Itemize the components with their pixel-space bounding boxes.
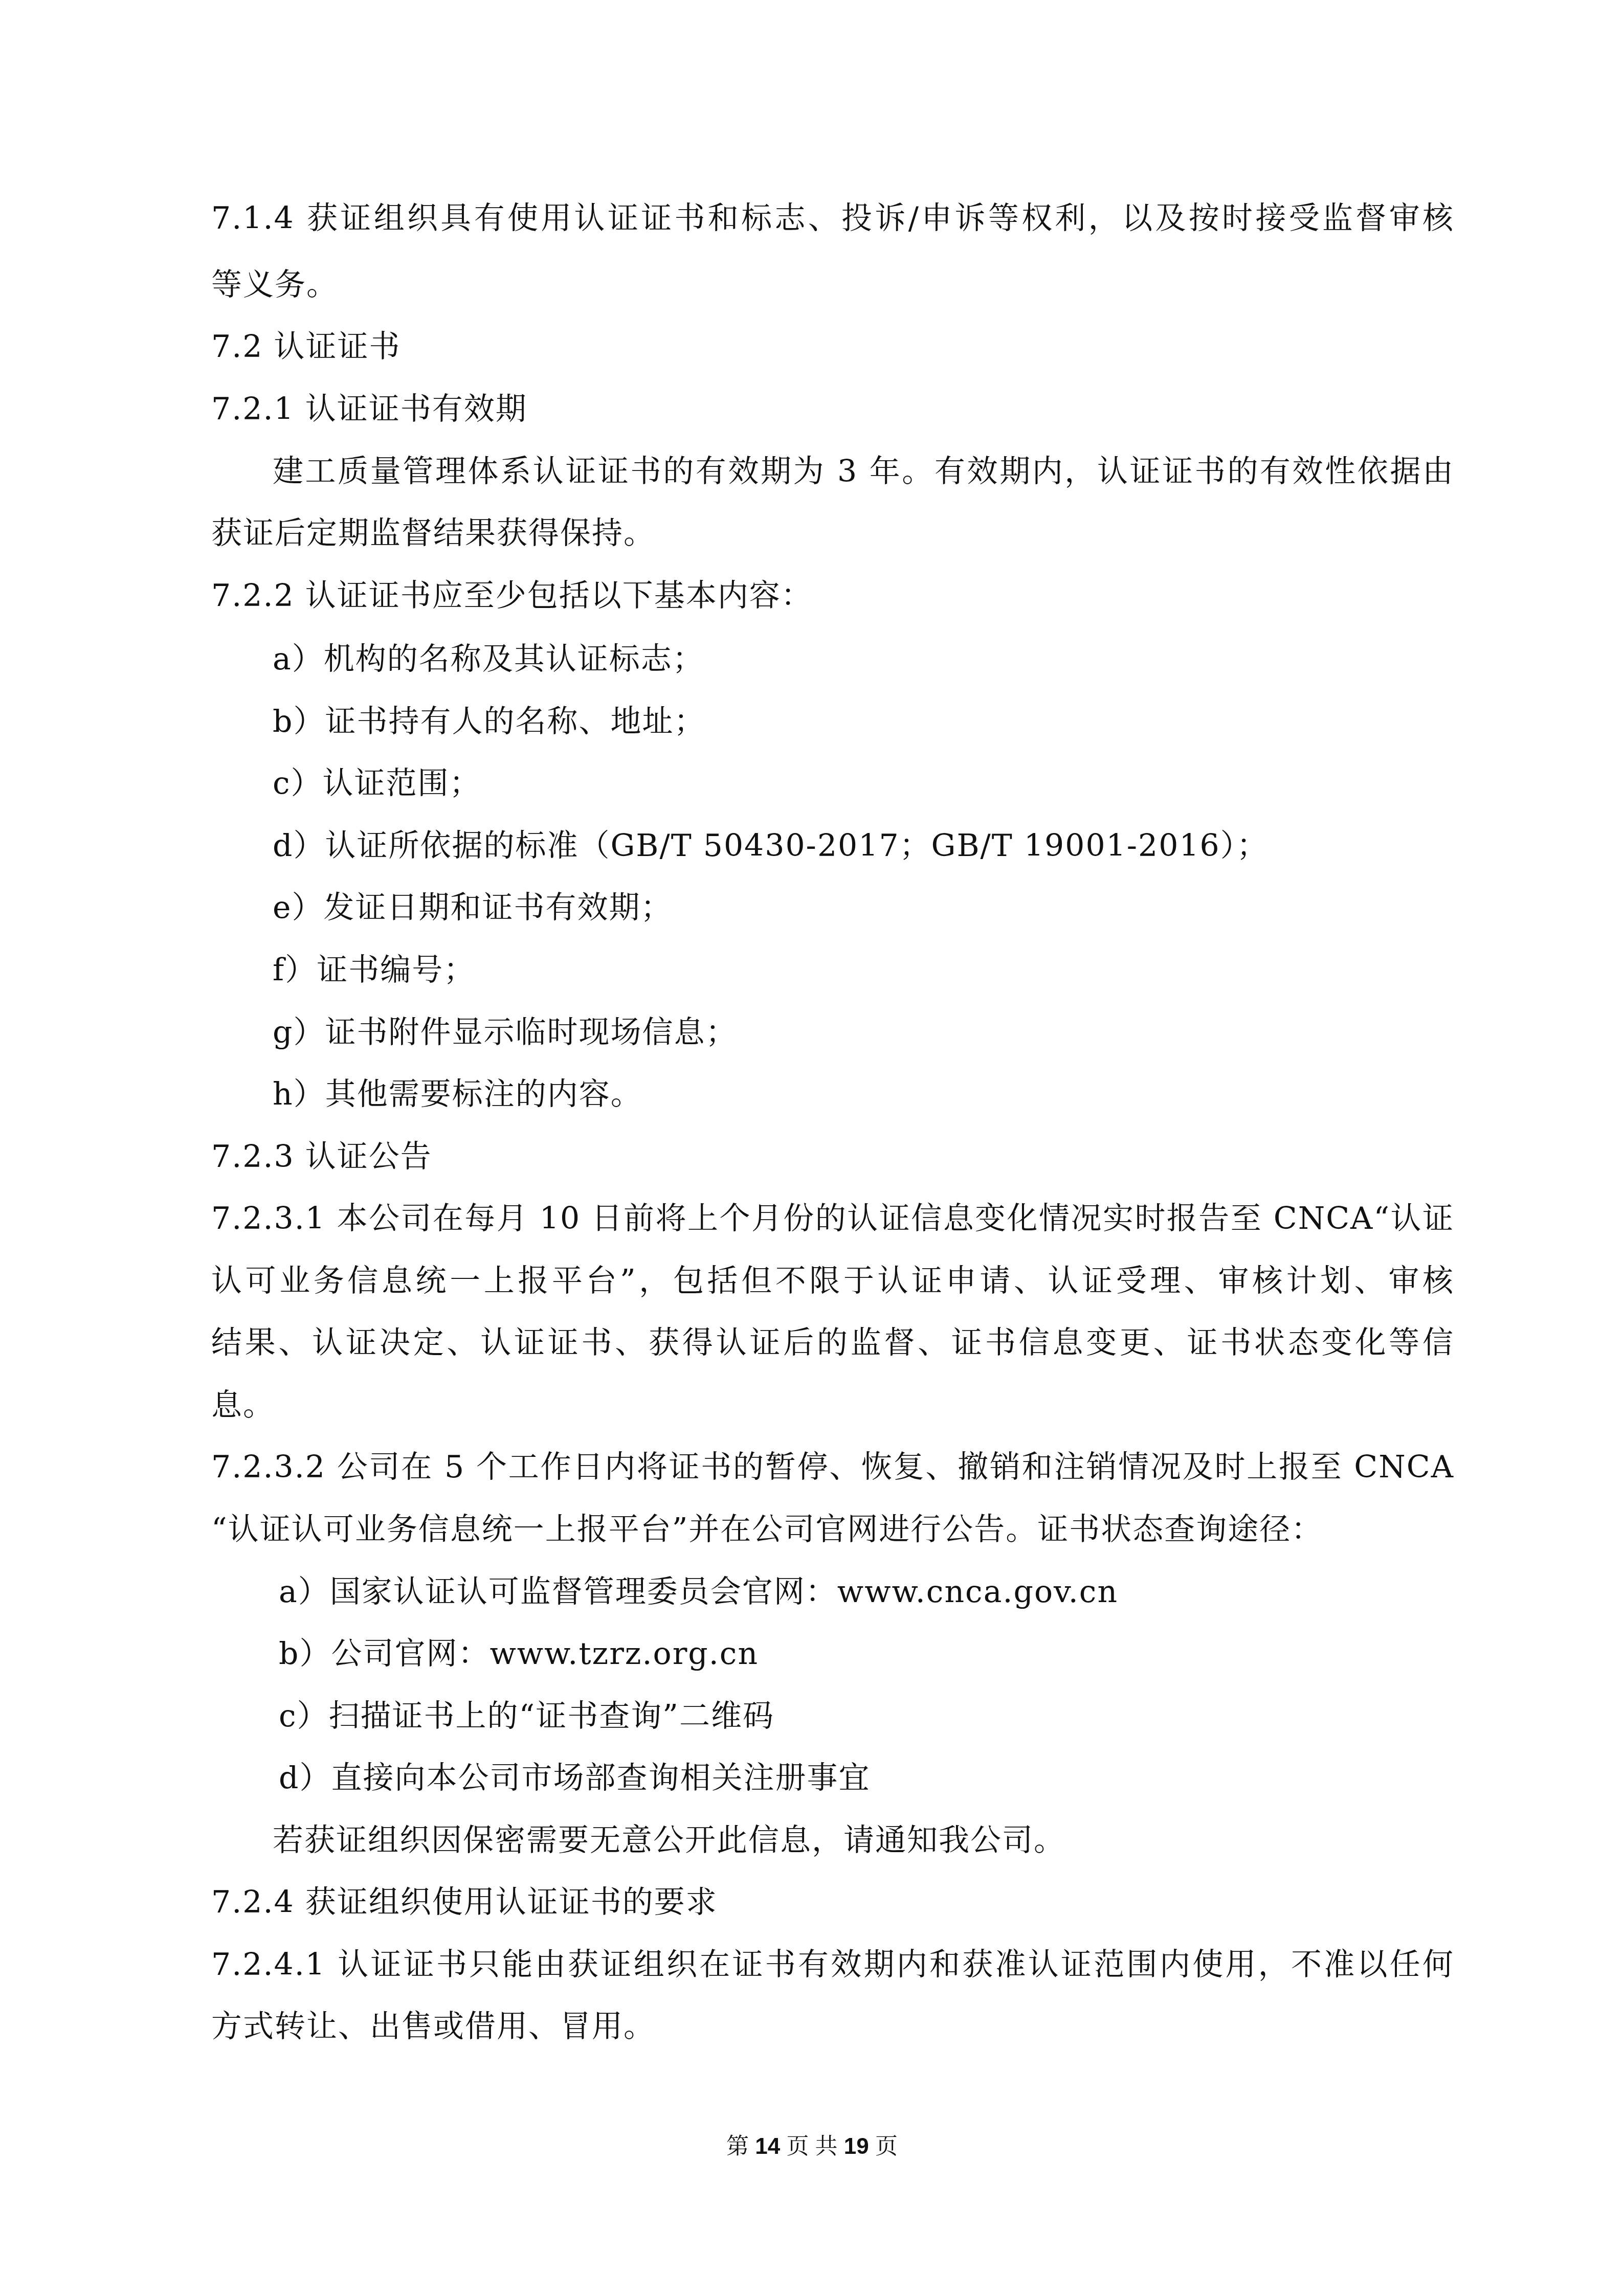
query-method-b: b）公司官网：www.tzrz.org.cn [279,1631,1455,1677]
list-item-h: h）其他需要标注的内容。 [273,1071,1454,1117]
query-method-c: c）扫描证书上的“证书查询”二维码 [279,1693,1455,1739]
list-item-f: f）证书编号； [273,947,1454,993]
subsection-heading-7-2-1: 7.2.1 认证证书有效期 [211,386,1454,432]
subsection-heading-7-2-3: 7.2.3 认证公告 [211,1134,1454,1180]
section-heading-7-2: 7.2 认证证书 [211,324,1454,370]
list-item-g: g）证书附件显示临时现场信息； [273,1009,1454,1055]
query-method-d: d）直接向本公司市场部查询相关注册事宜 [279,1755,1455,1801]
paragraph-7-2-4-1-line-1: 7.2.4.1 认证证书只能由获证组织在证书有效期内和获准认证范围内使用，不准以… [211,1942,1454,1988]
paragraph-7-1-4-line-2: 等义务。 [211,262,1454,308]
paragraph-7-2-3-1-line-3: 结果、认证决定、认证证书、获得认证后的监督、证书信息变更、证书状态变化等信 [211,1320,1454,1366]
list-item-b: b）证书持有人的名称、地址； [273,699,1454,745]
paragraph-7-2-1-line-1: 建工质量管理体系认证证书的有效期为 3 年。有效期内，认证证书的有效性依据由 [273,448,1454,494]
confidentiality-note: 若获证组织因保密需要无意公开此信息，请通知我公司。 [273,1817,1454,1863]
footer-middle: 页 共 [786,2134,837,2159]
footer-suffix: 页 [875,2134,898,2159]
paragraph-7-2-4-1-line-2: 方式转让、出售或借用、冒用。 [211,2004,1454,2050]
list-item-e: e）发证日期和证书有效期； [273,885,1454,931]
page-number-footer: 第 14 页 共 19 页 [0,2131,1624,2162]
paragraph-7-2-3-1-line-2: 认可业务信息统一上报平台”，包括但不限于认证申请、认证受理、审核计划、审核 [211,1258,1454,1304]
subsection-heading-7-2-4: 7.2.4 获证组织使用认证证书的要求 [211,1879,1454,1925]
total-page-count: 19 [844,2134,869,2159]
query-method-a: a）国家认证认可监督管理委员会官网：www.cnca.gov.cn [279,1569,1455,1615]
document-page: 7.1.4 获证组织具有使用认证证书和标志、投诉/申诉等权利，以及按时接受监督审… [0,0,1624,2296]
footer-prefix: 第 [726,2134,749,2159]
paragraph-7-2-3-2-line-2: “认证认可业务信息统一上报平台”并在公司官网进行公告。证书状态查询途径： [211,1506,1454,1552]
list-item-d: d）认证所依据的标准（GB/T 50430-2017；GB/T 19001-20… [273,823,1454,869]
current-page-number: 14 [755,2134,780,2159]
paragraph-7-2-3-1-line-4: 息。 [211,1382,1454,1428]
list-item-a: a）机构的名称及其认证标志； [273,636,1454,682]
subsection-heading-7-2-2: 7.2.2 认证证书应至少包括以下基本内容： [211,573,1454,619]
paragraph-7-2-3-2-line-1: 7.2.3.2 公司在 5 个工作日内将证书的暂停、恢复、撤销和注销情况及时上报… [211,1444,1454,1490]
paragraph-7-2-1-line-2: 获证后定期监督结果获得保持。 [211,510,1454,556]
paragraph-7-1-4-line-1: 7.1.4 获证组织具有使用认证证书和标志、投诉/申诉等权利，以及按时接受监督审… [211,195,1454,241]
list-item-c: c）认证范围； [273,760,1454,806]
paragraph-7-2-3-1-line-1: 7.2.3.1 本公司在每月 10 日前将上个月份的认证信息变化情况实时报告至 … [211,1196,1454,1242]
